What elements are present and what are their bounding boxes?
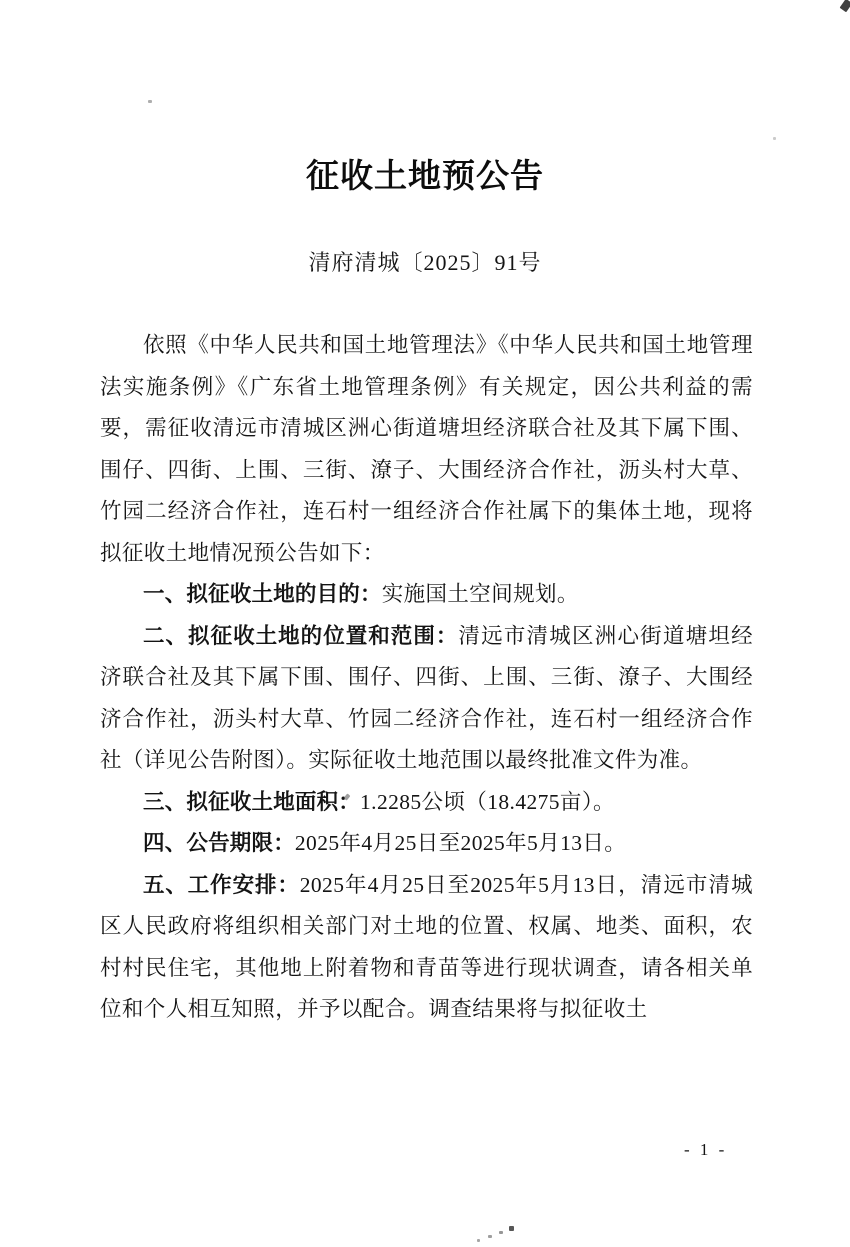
- paragraph-text: 依照《中华人民共和国土地管理法》《中华人民共和国土地管理法实施条例》《广东省土地…: [100, 333, 753, 565]
- paragraph-item-3: 三、拟征收土地面积：1.2285公顷（18.4275亩）。: [100, 782, 753, 824]
- paragraph-item-1: 一、拟征收土地的目的：实施国土空间规划。: [100, 574, 753, 616]
- document-title: 征收土地预公告: [0, 158, 850, 196]
- paragraph-item-5: 五、工作安排：2025年4月25日至2025年5月13日，清远市清城区人民政府将…: [100, 865, 753, 1031]
- scan-speck: [148, 100, 152, 103]
- paragraph-item-4: 四、公告期限：2025年4月25日至2025年5月13日。: [100, 823, 753, 865]
- paragraph-label: 五、工作安排：: [143, 873, 300, 897]
- scan-speck: [509, 1226, 514, 1231]
- scan-speck: [488, 1235, 492, 1238]
- paragraph-label: 二、拟征收土地的位置和范围：: [143, 624, 458, 648]
- scan-speck: [773, 137, 776, 140]
- paragraph-intro: 依照《中华人民共和国土地管理法》《中华人民共和国土地管理法实施条例》《广东省土地…: [100, 325, 753, 574]
- paragraph-text: 1.2285公顷（18.4275亩）。: [360, 790, 615, 814]
- scanned-document-page: 征收土地预公告 清府清城〔2025〕91号 依照《中华人民共和国土地管理法》《中…: [0, 0, 850, 1247]
- paragraph-label: 一、拟征收土地的目的：: [143, 582, 382, 606]
- page-number: - 1 -: [684, 1140, 727, 1160]
- scan-speck: [840, 0, 850, 12]
- paragraph-label: 三、拟征收土地面积：: [143, 790, 360, 814]
- paragraph-label: 四、公告期限：: [143, 831, 295, 855]
- paragraph-item-2: 二、拟征收土地的位置和范围：清远市清城区洲心街道塘坦经济联合社及其下属下围、围仔…: [100, 616, 753, 782]
- document-body: 依照《中华人民共和国土地管理法》《中华人民共和国土地管理法实施条例》《广东省土地…: [100, 325, 753, 1031]
- document-number: 清府清城〔2025〕91号: [0, 249, 850, 277]
- scan-speck: [477, 1239, 480, 1242]
- paragraph-text: 2025年4月25日至2025年5月13日。: [295, 831, 626, 855]
- paragraph-text: 实施国土空间规划。: [382, 582, 579, 606]
- scan-speck: [499, 1231, 503, 1234]
